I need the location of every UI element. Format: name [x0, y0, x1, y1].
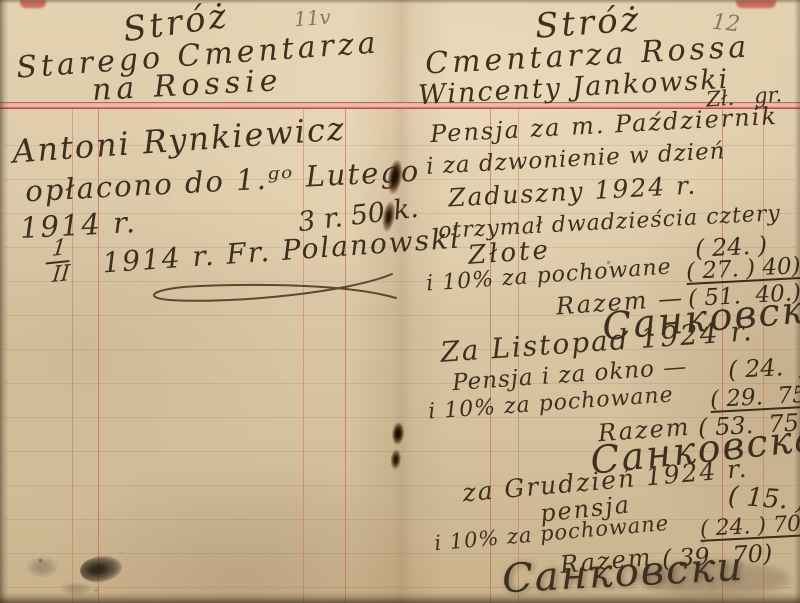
folio-mark-pencil: 11v: [293, 7, 331, 31]
receipt-date-fraction: 1 II: [46, 237, 75, 287]
entry3-signature: Санковски: [501, 546, 745, 601]
paper-specks: [0, 0, 1, 1]
entry1-line1: Pensja za m. Październik: [430, 104, 779, 147]
signature-flourish: [140, 268, 400, 308]
entry2-row2-amount: ( 29. 75.): [709, 381, 800, 413]
entry2-row1-amount: ( 24. ): [727, 352, 800, 384]
entry1-line3: Zaduszny 1924 r.: [447, 172, 697, 211]
page-edge-shadow-left: [0, 0, 9, 603]
left-page-title-line3: na Rossie: [91, 65, 283, 106]
entry-year: 1914 r.: [19, 207, 137, 244]
entry3-row2-amount: ( 24. ) 70): [699, 511, 800, 542]
ink-blot: [78, 553, 123, 585]
page-edge-shadow-bottom: [0, 592, 800, 603]
red-edge-smudge: [736, 0, 776, 8]
ledger-scan: 11v Stróż Starego Cmentarza na Rossie An…: [0, 0, 800, 603]
ink-blot: [26, 556, 58, 578]
page-edge-shadow-top: [0, 0, 800, 4]
red-edge-smudge: [20, 0, 46, 8]
receipt-month: II: [51, 262, 71, 287]
binding-stitch-tear: [388, 419, 406, 472]
ink-blot: [60, 582, 92, 596]
currency-column-header: Zł. gr.: [705, 83, 782, 110]
